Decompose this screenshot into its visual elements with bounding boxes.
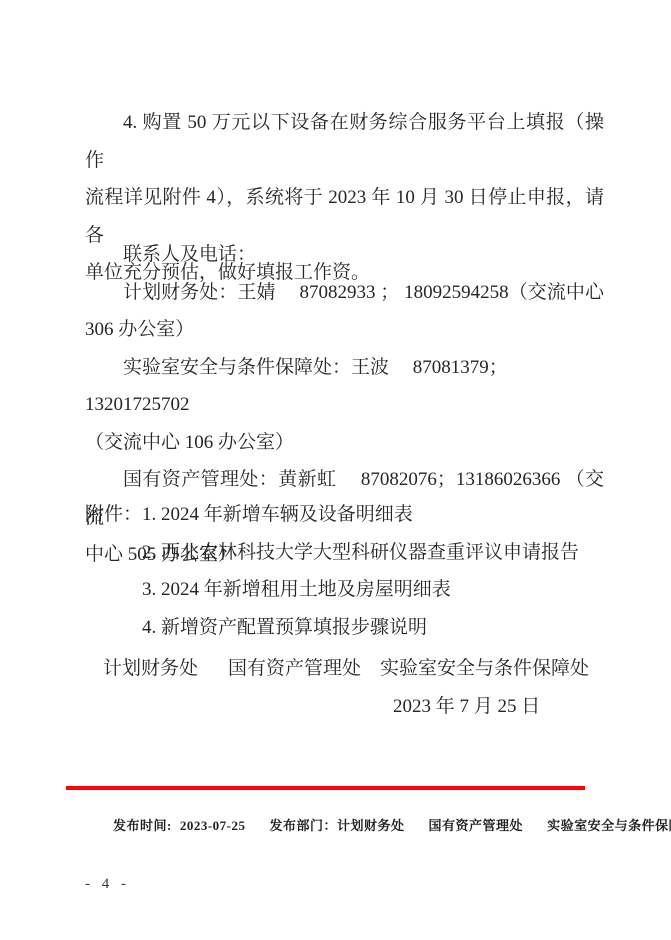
contact-line: 实验室安全与条件保障处：王波 87081379；13201725702 (85, 349, 604, 424)
signature-section: 计划财务处 国有资产管理处 实验室安全与条件保障处 2023 年 7 月 25 … (85, 650, 604, 725)
signature-department: 计划财务处 (103, 650, 198, 688)
publish-department: 实验室安全与条件保障处 (547, 818, 671, 833)
publish-date: 2023-07-25 (180, 818, 246, 833)
publish-department: 计划财务处 (337, 818, 405, 833)
contacts-heading: 联系人及电话： (85, 236, 604, 274)
publish-time-label: 发布时间: (113, 818, 172, 833)
attachment-item: 4. 新增资产配置预算填报步骤说明 (85, 609, 604, 647)
attachments-section: 附件：1. 2024 年新增车辆及设备明细表 2. 西北农林科技大学大型科研仪器… (85, 496, 604, 646)
publish-department: 国有资产管理处 (429, 818, 524, 833)
page-number: - 4 - (85, 876, 130, 893)
signature-departments: 计划财务处 国有资产管理处 实验室安全与条件保障处 (85, 650, 604, 688)
attachment-item: 附件：1. 2024 年新增车辆及设备明细表 (85, 496, 604, 534)
footer-publish-info: 发布时间:2023-07-25发布部门：计划财务处国有资产管理处实验室安全与条件… (113, 815, 633, 834)
signature-date: 2023 年 7 月 25 日 (393, 688, 540, 726)
signature-department: 实验室安全与条件保障处 (380, 650, 589, 688)
red-divider-line (66, 786, 585, 790)
attachment-item: 2. 西北农林科技大学大型科研仪器查重评议申请报告 (85, 534, 604, 572)
contact-line: （交流中心 106 办公室） (85, 424, 604, 462)
signature-date-row: 2023 年 7 月 25 日 (85, 688, 604, 726)
contact-line: 计划财务处：王婧 87082933 ； 18092594258（交流中心 (85, 274, 604, 312)
paragraph-line: 4. 购置 50 万元以下设备在财务综合服务平台上填报（操作 (85, 104, 604, 179)
document-page: 4. 购置 50 万元以下设备在财务综合服务平台上填报（操作 流程详见附件 4）… (0, 0, 671, 940)
attachment-item: 3. 2024 年新增租用土地及房屋明细表 (85, 571, 604, 609)
publish-dept-label: 发布部门： (270, 818, 338, 833)
contact-line: 306 办公室） (85, 311, 604, 349)
signature-department: 国有资产管理处 (228, 650, 361, 688)
